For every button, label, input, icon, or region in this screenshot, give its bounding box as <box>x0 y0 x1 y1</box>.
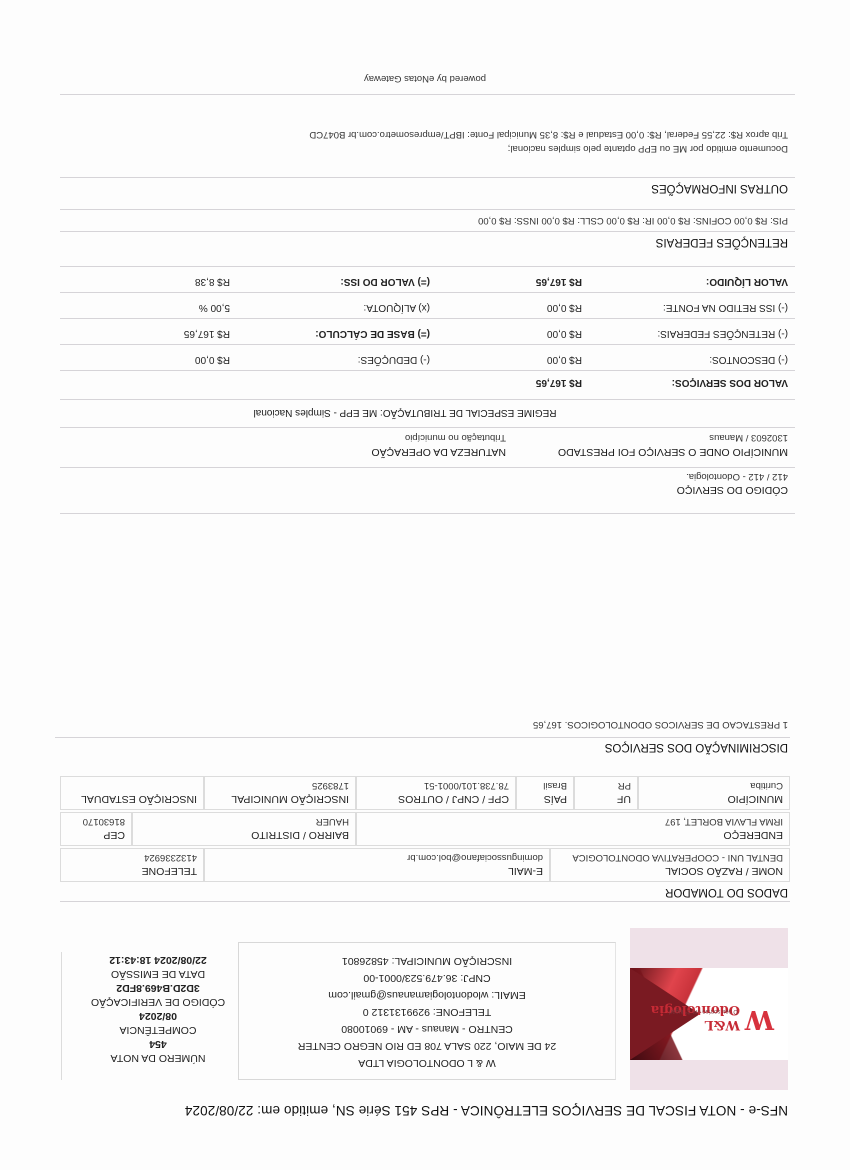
divider <box>60 399 795 400</box>
valor-label: (-) DESCONTOS: <box>709 354 788 365</box>
divider <box>60 901 790 902</box>
outras-line2: Trib aprox R$: 22,55 Federal, R$: 0,00 E… <box>309 129 788 140</box>
tomador-bairro-cell: BAIRRO / DISTRITO HAUER <box>132 812 356 846</box>
valor-label: (-) ISS RETIDO NA FONTE: <box>663 302 788 313</box>
logo-tagline: O seu sorriso em 1º lugar! <box>668 1008 738 1014</box>
tomador-cpf: 78.738.101/0001-51 <box>363 780 509 791</box>
divider <box>60 467 795 468</box>
tomador-cep: 81630170 <box>67 816 125 827</box>
valor-label: (=) BASE DE CÁLCULO: <box>315 328 430 339</box>
divider <box>60 292 795 293</box>
issuer-im: INSCRIÇÃO MUNICIPAL: 45826801 <box>239 955 615 967</box>
valor-label: (=) VALOR DO ISS: <box>340 276 430 287</box>
divider <box>60 344 795 345</box>
valor-value: 5,00 % <box>199 302 230 313</box>
issuer-phone: TELEFONE: 9299131312 0 <box>239 1006 615 1018</box>
regime-tributacao: REGIME ESPECIAL DE TRIBUTAÇÃO: ME EPP - … <box>0 407 850 418</box>
competencia-value: 08/2024 <box>62 1010 254 1022</box>
divider <box>60 427 795 428</box>
issuer-info: W & L ODONTOLOGIA LTDA 24 DE MAIO, 220 S… <box>238 942 616 1080</box>
valor-value: R$ 0,00 <box>547 354 582 365</box>
valor-label: (-) RETENÇÕES FEDERAIS: <box>657 328 788 339</box>
codigo-servico-value: 412 / 412 - Odontologia. <box>686 471 788 482</box>
tomador-cep-cell: CEP 81630170 <box>60 812 132 846</box>
natureza-label: NATUREZA DA OPERAÇÃO <box>371 446 506 458</box>
valor-label: (-) DEDUÇÕES: <box>358 354 430 365</box>
valor-label: VALOR LÍQUIDO: <box>706 276 788 287</box>
tomador-endereco-cell: ENDEREÇO IRMA FLAVIA BORLET, 197 <box>356 812 790 846</box>
issuer-address: 24 DE MAIO, 220 SALA 708 ED RIO NEGRO CE… <box>239 1040 615 1052</box>
codigo-label: CÓDIGO DE VERIFICAÇÃO <box>62 996 254 1008</box>
tomador-im: 1783925 <box>211 780 349 791</box>
tomador-pais: Brasil <box>523 780 567 791</box>
valor-value: R$ 0,00 <box>547 302 582 313</box>
outras-title: OUTRAS INFORMAÇÕES <box>651 182 788 194</box>
tomador-pais-cell: PAÍS Brasil <box>516 776 574 810</box>
codigo-servico-label: CÓDIGO DO SERVIÇO <box>677 484 788 496</box>
issuer-city: CENTRO - Manaus - AM - 69010080 <box>239 1023 615 1035</box>
discriminacao-text: 1 PRESTACAO DE SERVICOS ODONTOLOGICOS. 1… <box>533 719 788 730</box>
competencia-label: COMPETÊNCIA <box>62 1024 254 1036</box>
discriminacao-title: DISCRIMINAÇÃO DOS SERVIÇOS <box>605 741 788 753</box>
retencoes-title: RETENÇÕES FEDERAIS <box>656 236 788 248</box>
data-emissao-value: 22/08/2024 18:43:12 <box>62 954 254 966</box>
tomador-ie-cell: INSCRIÇÃO ESTADUAL <box>60 776 204 810</box>
tomador-nome: DENTAL UNI - COOPERATIVA ODONTOLOGICA <box>557 852 783 863</box>
tomador-email-cell: E-MAIL domingussociafano@bol.com.br <box>204 848 550 882</box>
municipio-servico-value: 1302603 / Manaus <box>709 432 788 443</box>
codigo-value: 3D2D.B469.8FD2 <box>62 982 254 994</box>
numero-label: NÚMERO DA NOTA <box>62 1052 254 1064</box>
valor-label: (x) ALÍQUOTA: <box>364 302 431 313</box>
tomador-municipio: Curitiba <box>645 780 783 791</box>
tomador-telefone: 4132336924 <box>67 852 197 863</box>
divider <box>60 318 795 319</box>
divider <box>55 737 790 738</box>
valor-servicos-label: VALOR DOS SERVIÇOS: <box>672 377 788 388</box>
document-title: NFS-e - NOTA FISCAL DE SERVIÇOS ELETRÔNI… <box>185 1103 788 1118</box>
valor-value: R$ 0,00 <box>195 354 230 365</box>
tomador-cpf-cell: CPF / CNPJ / OUTROS 78.738.101/0001-51 <box>356 776 516 810</box>
divider <box>60 266 795 267</box>
valor-value: R$ 8,38 <box>195 276 230 287</box>
tomador-title: DADOS DO TOMADOR <box>665 886 788 898</box>
valor-value: R$ 0,00 <box>547 328 582 339</box>
issuer-name: W & L ODONTOLOGIA LTDA <box>239 1057 615 1069</box>
divider <box>60 231 795 232</box>
tomador-telefone-cell: TELEFONE 4132336924 <box>60 848 204 882</box>
numero-value: 454 <box>62 1038 254 1050</box>
divider <box>60 513 795 514</box>
valor-value: R$ 167,65 <box>536 276 582 287</box>
issuer-cnpj: CNPJ: 36.479.523/0001-00 <box>239 972 615 984</box>
divider <box>60 177 795 178</box>
data-emissao-label: DATA DE EMISSÃO <box>62 968 254 980</box>
municipio-servico-label: MUNICÍPIO ONDE O SERVIÇO FOI PRESTADO <box>558 446 788 458</box>
valor-servicos-value: R$ 167,65 <box>536 377 582 388</box>
tomador-uf: PR <box>581 780 631 791</box>
natureza-value: Tributação no município <box>405 432 506 443</box>
logo-name: W&L Odontologia <box>630 1002 740 1032</box>
divider <box>60 94 795 95</box>
tomador-nome-cell: NOME / RAZÃO SOCIAL DENTAL UNI - COOPERA… <box>550 848 790 882</box>
tomador-municipio-cell: MUNICÍPIO Curitiba <box>638 776 790 810</box>
issuer-email: EMAIL: wlodontologiamanaus@gmail.com <box>239 989 615 1001</box>
logo-w-icon: W <box>745 1004 774 1034</box>
tomador-bairro: HAUER <box>139 816 349 827</box>
outras-line1: Documento emitido por ME ou EPP optante … <box>508 143 788 154</box>
divider <box>60 209 795 210</box>
invoice-info: NÚMERO DA NOTA 454 COMPETÊNCIA 08/2024 C… <box>61 952 254 1080</box>
company-logo: W W&L Odontologia O seu sorriso em 1º lu… <box>630 928 788 1090</box>
valor-value: R$ 167,65 <box>184 328 230 339</box>
divider <box>60 370 795 371</box>
tomador-email: domingussociafano@bol.com.br <box>211 852 543 863</box>
tomador-im-cell: INSCRIÇÃO MUNICIPAL 1783925 <box>204 776 356 810</box>
powered-by: powered by eNotas Gateway <box>0 73 850 84</box>
tomador-endereco: IRMA FLAVIA BORLET, 197 <box>363 816 783 827</box>
tomador-uf-cell: UF PR <box>574 776 638 810</box>
nfse-document: NFS-e - NOTA FISCAL DE SERVIÇOS ELETRÔNI… <box>0 0 850 1170</box>
retencoes-text: PIS: R$ 0,00 COFINS: R$ 0,00 IR: R$ 0,00… <box>478 215 788 226</box>
